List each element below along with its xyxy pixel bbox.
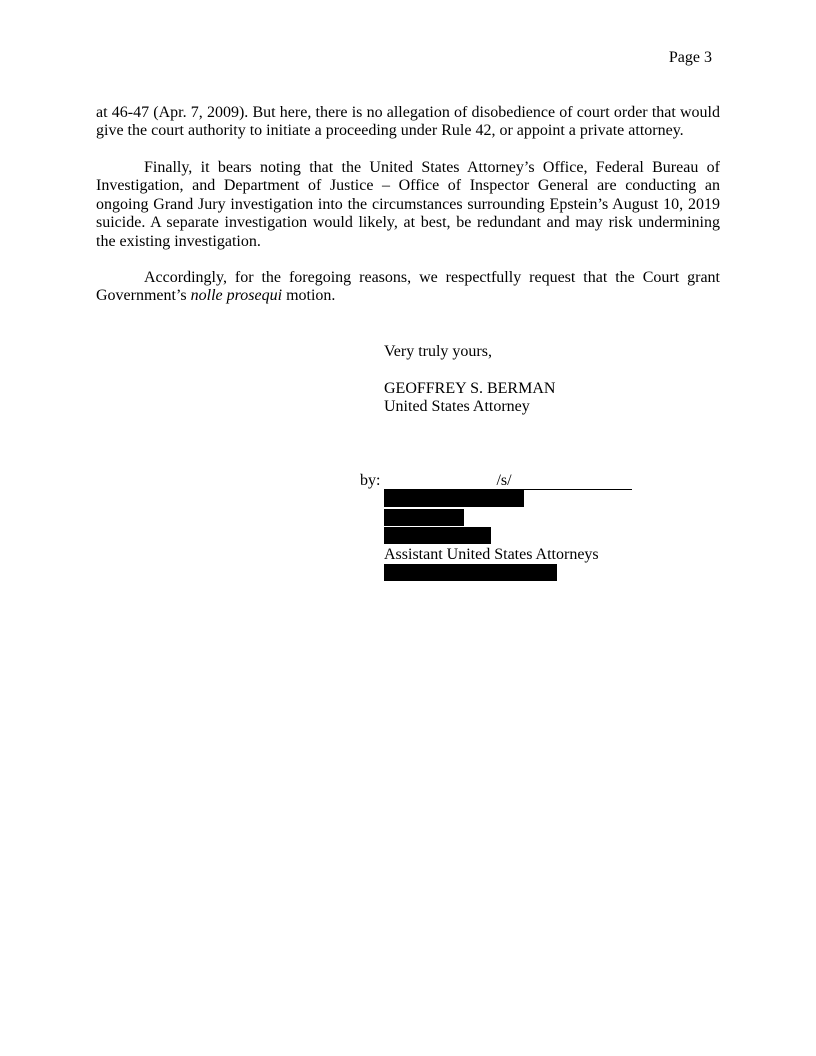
paragraph-request: Accordingly, for the foregoing reasons, … xyxy=(96,269,720,306)
signatory-name: GEOFFREY S. BERMAN xyxy=(384,380,555,398)
paragraph-continuation: at 46-47 (Apr. 7, 2009). But here, there… xyxy=(96,104,720,141)
redaction-bar xyxy=(384,564,557,581)
request-text-end: motion. xyxy=(282,287,335,304)
assistants-title: Assistant United States Attorneys xyxy=(384,546,599,564)
paragraph-investigation: Finally, it bears noting that the United… xyxy=(96,159,720,251)
redaction-bar xyxy=(384,527,491,544)
signature-closing: Very truly yours, xyxy=(384,343,492,361)
redaction-bar xyxy=(384,490,524,507)
signature-mark: /s/ xyxy=(495,472,512,489)
signature-line: /s/ xyxy=(384,472,632,490)
redaction-bar xyxy=(384,509,464,526)
page-number: Page 3 xyxy=(669,49,712,67)
nolle-prosequi-term: nolle prosequi xyxy=(191,287,282,304)
signatory-title: United States Attorney xyxy=(384,398,530,416)
request-text: Accordingly, for the foregoing reasons, … xyxy=(96,269,720,304)
by-label: by: xyxy=(360,472,380,490)
